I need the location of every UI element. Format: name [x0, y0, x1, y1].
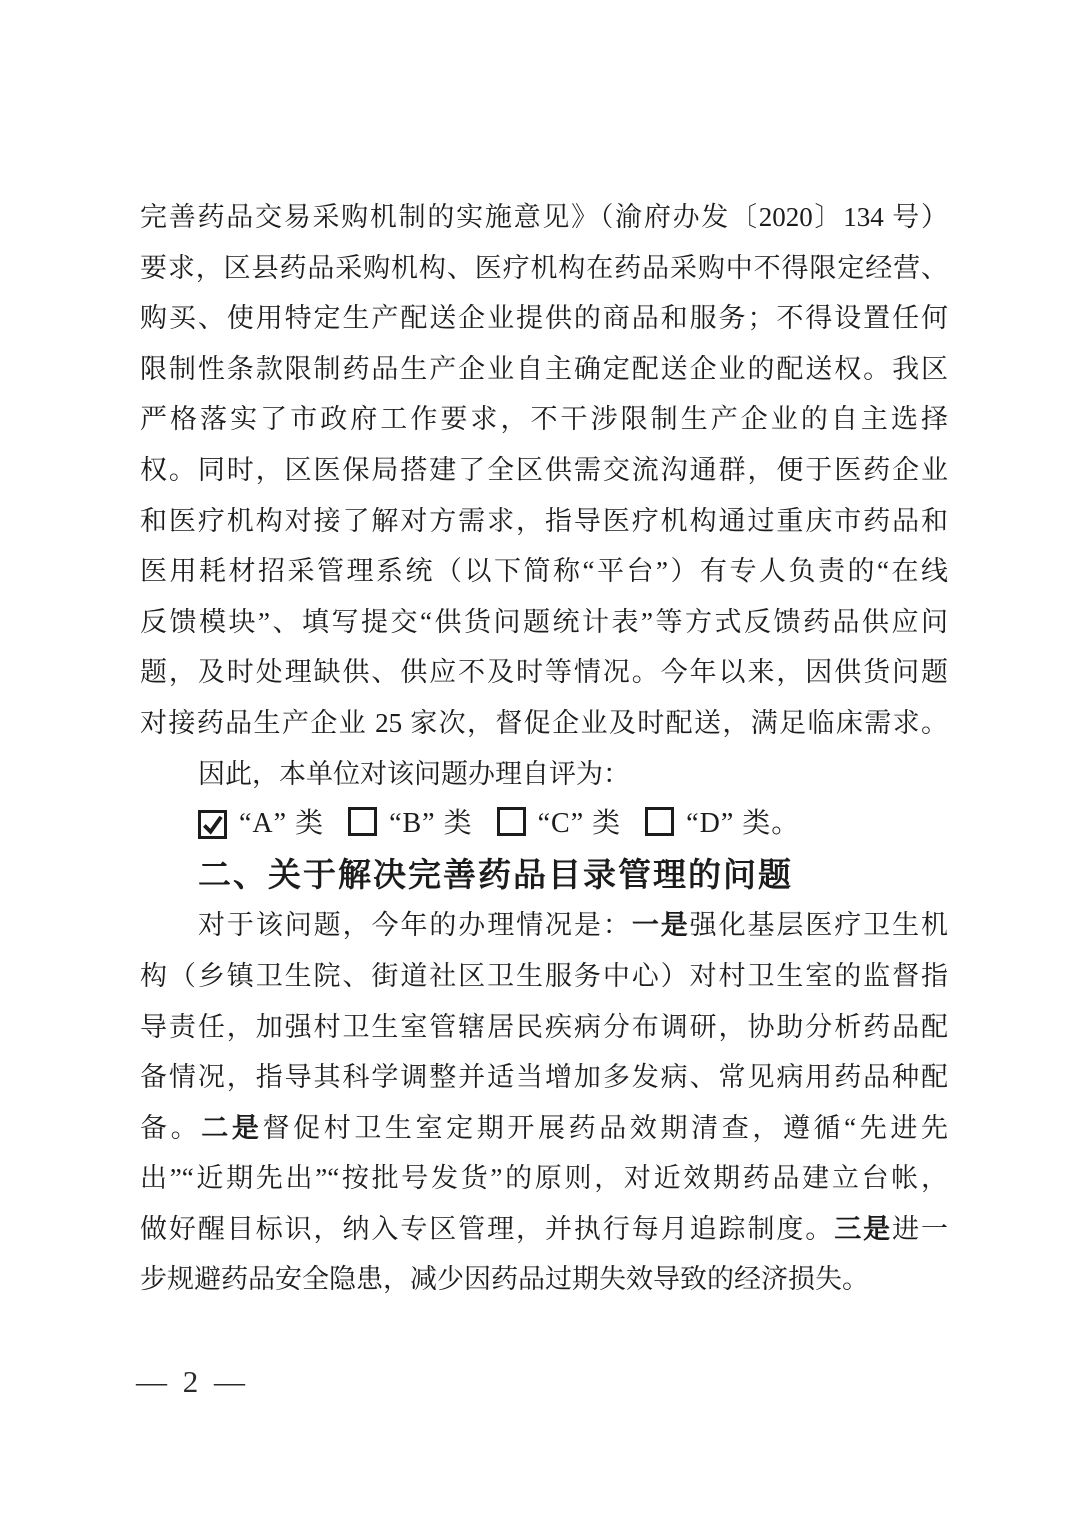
text-segment: 备情况，指导其科学调整并适当增加多发病、常见病用药品种配 [140, 1062, 948, 1092]
text-segment: 对接药品生产企业 25 家次，督促企业及时配送，满足临床需求。 [140, 708, 948, 738]
text-segment: 权。同时，区医保局搭建了全区供需交流沟通群，便于医药企业 [140, 455, 948, 485]
text-segment: 步规避药品安全隐患，减少因药品过期失效导致的经济损失。 [140, 1264, 869, 1294]
text-segment: 题，及时处理缺供、供应不及时等情况。今年以来，因供货问题 [140, 657, 948, 687]
text-segment: 因此，本单位对该问题办理自评为： [198, 759, 630, 789]
document-line: 权。同时，区医保局搭建了全区供需交流沟通群，便于医药企业 [140, 445, 948, 496]
text-segment: 三是 [834, 1214, 892, 1244]
document-line: 医用耗材招采管理系统（以下简称“平台”）有专人负责的“在线 [140, 546, 948, 597]
document-line: 做好醒目标识，纳入专区管理，并执行每月追踪制度。三是进一 [140, 1204, 948, 1255]
text-segment: 严格落实了市政府工作要求，不干涉限制生产企业的自主选择 [140, 404, 948, 434]
rating-option-label: “D” 类。 [686, 808, 800, 839]
document-line: 出”“近期先出”“按批号发货”的原则，对近效期药品建立台帐， [140, 1153, 948, 1204]
document-line: 完善药品交易采购机制的实施意见》（渝府办发〔2020〕134 号） [140, 192, 948, 243]
text-segment: 完善药品交易采购机制的实施意见》（渝府办发〔2020〕134 号） [140, 202, 948, 232]
rating-option-label: “A” 类 [239, 808, 324, 839]
document-line: 题，及时处理缺供、供应不及时等情况。今年以来，因供货问题 [140, 647, 948, 698]
text-segment: 出”“近期先出”“按批号发货”的原则，对近效期药品建立台帐， [140, 1163, 948, 1193]
rating-option: “D” 类。 [645, 799, 800, 850]
text-segment: 做好醒目标识，纳入专区管理，并执行每月追踪制度。 [140, 1214, 834, 1244]
document-line: 和医疗机构对接了解对方需求，指导医疗机构通过重庆市药品和 [140, 496, 948, 547]
rating-line: “A” 类“B” 类“C” 类“D” 类。 [140, 799, 948, 850]
checkbox-unchecked-icon [348, 807, 377, 836]
checkbox-unchecked-icon [645, 807, 674, 836]
document-line: 对接药品生产企业 25 家次，督促企业及时配送，满足临床需求。 [140, 698, 948, 749]
text-segment: 对于该问题，今年的办理情况是： [198, 910, 632, 940]
document-line: 步规避药品安全隐患，减少因药品过期失效导致的经济损失。 [140, 1254, 948, 1305]
checkbox-unchecked-icon [497, 807, 526, 836]
text-segment: 督促村卫生室定期开展药品效期清查，遵循“先进先 [262, 1113, 948, 1143]
text-segment: 导责任，加强村卫生室管辖居民疾病分布调研，协助分析药品配 [140, 1012, 948, 1042]
rating-option: “B” 类 [348, 799, 473, 850]
document-line: 导责任，加强村卫生室管辖居民疾病分布调研，协助分析药品配 [140, 1002, 948, 1053]
text-segment: 购买、使用特定生产配送企业提供的商品和服务；不得设置任何 [140, 303, 948, 333]
text-segment: 反馈模块”、填写提交“供货问题统计表”等方式反馈药品供应问 [140, 607, 948, 637]
rating-option-label: “C” 类 [538, 808, 622, 839]
text-segment: 备。 [140, 1113, 201, 1143]
page-number: — 2 — [136, 1364, 249, 1400]
document-line: 限制性条款限制药品生产企业自主确定配送企业的配送权。我区 [140, 344, 948, 395]
document-line: 反馈模块”、填写提交“供货问题统计表”等方式反馈药品供应问 [140, 597, 948, 648]
text-segment: 二是 [201, 1113, 262, 1143]
rating-option-label: “B” 类 [389, 808, 473, 839]
text-segment: 构（乡镇卫生院、街道社区卫生服务中心）对村卫生室的监督指 [140, 961, 948, 991]
document-line: 要求，区县药品采购机构、医疗机构在药品采购中不得限定经营、 [140, 243, 948, 294]
text-segment: 要求，区县药品采购机构、医疗机构在药品采购中不得限定经营、 [140, 253, 948, 283]
rating-option: “A” 类 [198, 799, 324, 850]
document-line: 构（乡镇卫生院、街道社区卫生服务中心）对村卫生室的监督指 [140, 951, 948, 1002]
text-segment: 二、关于解决完善药品目录管理的问题 [198, 856, 793, 893]
document-line: 备。二是督促村卫生室定期开展药品效期清查，遵循“先进先 [140, 1103, 948, 1154]
section-heading: 二、关于解决完善药品目录管理的问题 [140, 850, 948, 901]
document-body: 完善药品交易采购机制的实施意见》（渝府办发〔2020〕134 号）要求，区县药品… [140, 192, 948, 1305]
document-page: 完善药品交易采购机制的实施意见》（渝府办发〔2020〕134 号）要求，区县药品… [0, 0, 1074, 1520]
text-segment: 强化基层医疗卫生机 [690, 910, 948, 940]
text-segment: 进一 [892, 1214, 948, 1244]
rating-option: “C” 类 [497, 799, 622, 850]
document-line: 严格落实了市政府工作要求，不干涉限制生产企业的自主选择 [140, 394, 948, 445]
document-line: 对于该问题，今年的办理情况是：一是强化基层医疗卫生机 [140, 900, 948, 951]
text-segment: 医用耗材招采管理系统（以下简称“平台”）有专人负责的“在线 [140, 556, 948, 586]
text-segment: 限制性条款限制药品生产企业自主确定配送企业的配送权。我区 [140, 354, 948, 384]
text-segment: 和医疗机构对接了解对方需求，指导医疗机构通过重庆市药品和 [140, 506, 948, 536]
text-segment: 一是 [632, 910, 690, 940]
checkbox-checked-icon [198, 810, 227, 839]
document-line: 购买、使用特定生产配送企业提供的商品和服务；不得设置任何 [140, 293, 948, 344]
document-line: 因此，本单位对该问题办理自评为： [140, 749, 948, 800]
document-line: 备情况，指导其科学调整并适当增加多发病、常见病用药品种配 [140, 1052, 948, 1103]
